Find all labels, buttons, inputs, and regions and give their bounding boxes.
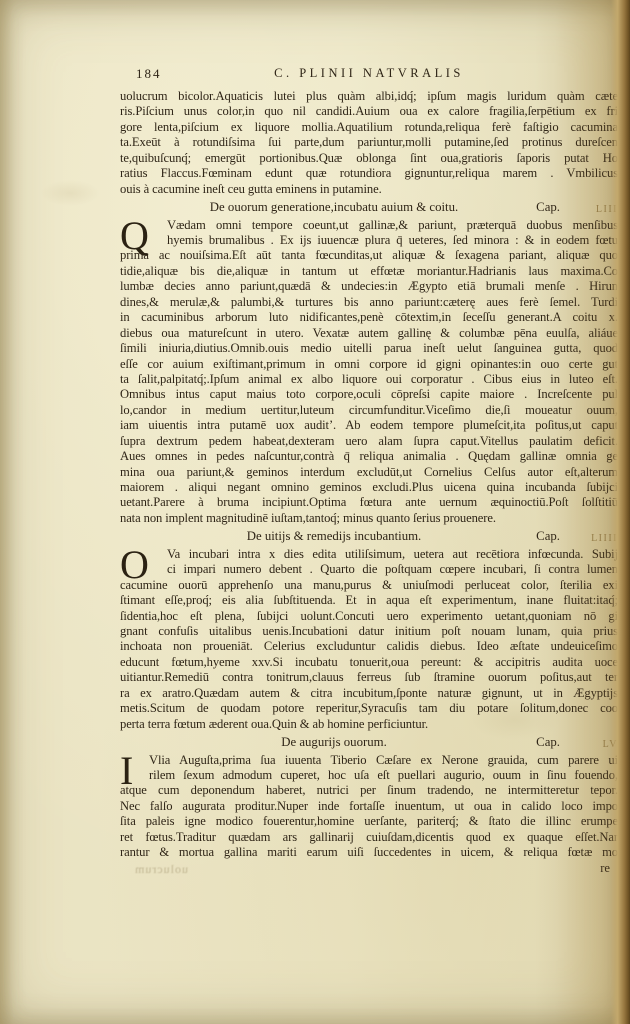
text-line: lumbæ decies anno pariunt,quædā & undeci…	[120, 279, 618, 294]
catchword: re	[120, 861, 618, 876]
chapter-cap-number: LIII	[596, 202, 618, 218]
running-header: C. PLINII NATVRALIS	[120, 66, 618, 81]
text-line: atque cum deponendum haberet, nutrici pe…	[120, 783, 618, 798]
chapter-cap-label: Cap.	[536, 529, 560, 545]
text-line: dines,& merulæ,& palumbi,& turtures bis …	[120, 295, 618, 310]
chapter-heading-55: De augurijs ouorum. Cap. LV	[120, 735, 618, 751]
text-line: prima ac nouiſsima.Eſt aūt tanta fœcundi…	[120, 248, 618, 263]
text-line: eſſe cor auium exiſtimant,primum in omni…	[120, 357, 618, 372]
chapter-cap-label: Cap.	[536, 200, 560, 216]
text-line: ſita paleis igne modico fouerentur,homin…	[120, 814, 618, 829]
text-line: gore lenta,piſcium ex liquore mollia.Aqu…	[120, 120, 618, 135]
text-line: ſimili iniuria,diutius.Omnib.ouis medio …	[120, 341, 618, 356]
paragraph-lines: Vædam omni tempore coeunt,ut gallinæ,& p…	[120, 218, 618, 527]
text-line: iam uiuentis intra putamē uox audit’. Ab…	[120, 418, 618, 433]
paragraph-opening: uolucrum bicolor.Aquaticis lutei plus qu…	[120, 89, 618, 197]
text-block: 184 C. PLINII NATVRALIS uolucrum bicolor…	[120, 66, 618, 876]
text-line: perta terra fœtum æderent oua.Quin & ab …	[120, 717, 618, 732]
text-line: tidie,aliquæ bis die,aliquæ in tantum ut…	[120, 264, 618, 279]
text-line: educunt fœtum,hyeme xxv.Si incubatu tonu…	[120, 655, 618, 670]
text-line: rilem ſexum admodum cuperet, hoc uſa eſt…	[120, 768, 618, 783]
paragraph-lines: Vlia Auguſta,prima ſua iuuenta Tiberio C…	[120, 753, 618, 861]
page-header: 184 C. PLINII NATVRALIS	[120, 66, 618, 83]
text-line: Nec falſo augurata proditur.Nuper inde f…	[120, 799, 618, 814]
text-line: Va incubari intra x dies edita utiliſsim…	[120, 547, 618, 562]
text-line: uetant.Parere à bruma incipiunt.Optima f…	[120, 495, 618, 510]
text-line: Omnibus intus caput maius toto corpore,o…	[120, 387, 618, 402]
paragraph-lines: uolucrum bicolor.Aquaticis lutei plus qu…	[120, 89, 618, 197]
text-line: gnant confuſis uitalibus uenis.Incubatio…	[120, 624, 618, 639]
text-line: lo,candor in medium uertitur,luteum circ…	[120, 403, 618, 418]
text-line: metis.Scitum de quodam potore reperitur,…	[120, 701, 618, 716]
chapter-cap-label: Cap.	[536, 735, 560, 751]
text-line: ra ex aratro.Quædam autem & citra incubi…	[120, 686, 618, 701]
chapter-heading-53: De ouorum generatione,incubatu auium & c…	[120, 200, 618, 216]
paragraph-chapter-53: Q Vædam omni tempore coeunt,ut gallinæ,&…	[120, 218, 618, 527]
text-line: ret fœtus.Traditur quædam ars gallinarij…	[120, 830, 618, 845]
text-line: ſupra dextrum pedem habeat,dexteram uero…	[120, 434, 618, 449]
text-line: nata non implent magnitudinē iuſtam,tant…	[120, 511, 618, 526]
text-line: uitiantur.Remediū contra tonitrum,clauus…	[120, 670, 618, 685]
show-through-text: uolucrum	[134, 862, 188, 877]
text-line: te,quibuſcunq́; emergūt portionibus.Quæ …	[120, 151, 618, 166]
text-line: ris.Piſcium unus color,in quo nil candid…	[120, 104, 618, 119]
chapter-cap-number: LIIII	[591, 531, 618, 547]
text-line: hyemis brumalibus . Ex ijs iuuencæ plura…	[120, 233, 618, 248]
text-line: ratius Flaccus.Fœminam edunt quæ rotundi…	[120, 166, 618, 181]
text-line: ta ſalit,palpitatq́;.Ipſum animal ex alb…	[120, 372, 618, 387]
text-line: inchoata non proueniāt. Celerius excludu…	[120, 639, 618, 654]
paper-stain	[40, 180, 100, 206]
text-line: Vlia Auguſta,prima ſua iuuenta Tiberio C…	[120, 753, 618, 768]
text-line: ſidentia,hoc eſt plena, ſubijci uolunt.C…	[120, 609, 618, 624]
text-line: Aues omnes in pedes naſcuntur,contrà q̄ …	[120, 449, 618, 464]
text-line: ci impari numero debent . Quarto die poſ…	[120, 562, 618, 577]
text-line: ouis à cacumine ineſt ceu gutta eminens …	[120, 182, 618, 197]
text-line: uolucrum bicolor.Aquaticis lutei plus qu…	[120, 89, 618, 104]
text-line: in cacuminibus arborum luto nidificantes…	[120, 310, 618, 325]
paragraph-lines: Va incubari intra x dies edita utiliſsim…	[120, 547, 618, 732]
text-line: ta.Exeūt à rotundiſsima ſui parte,dum pa…	[120, 135, 618, 150]
drop-cap-o: O	[120, 549, 149, 581]
drop-cap-i: I	[120, 755, 133, 787]
text-line: Vædam omni tempore coeunt,ut gallinæ,& p…	[120, 218, 618, 233]
drop-cap-q: Q	[120, 220, 149, 252]
paragraph-chapter-55: I Vlia Auguſta,prima ſua iuuenta Tiberio…	[120, 753, 618, 861]
text-line: ſtimant eſſe,proq́; eis alia ſubſtituend…	[120, 593, 618, 608]
text-line: cacumine ouorū apprehenſo una manu,purus…	[120, 578, 618, 593]
text-line: rantur & mortua gallina mariti earum uiſ…	[120, 845, 618, 860]
text-line: maiorem . aliqui negant omnino geminos e…	[120, 480, 618, 495]
text-line: mina oua pariunt,& geminos interdum excl…	[120, 465, 618, 480]
text-line: diebus oua matureſcunt in utero. Vexatæ …	[120, 326, 618, 341]
paragraph-chapter-54: O Va incubari intra x dies edita utiliſs…	[120, 547, 618, 732]
chapter-cap-number: LV	[603, 737, 618, 753]
chapter-heading-54: De uitijs & remedijs incubantium. Cap. L…	[120, 529, 618, 545]
